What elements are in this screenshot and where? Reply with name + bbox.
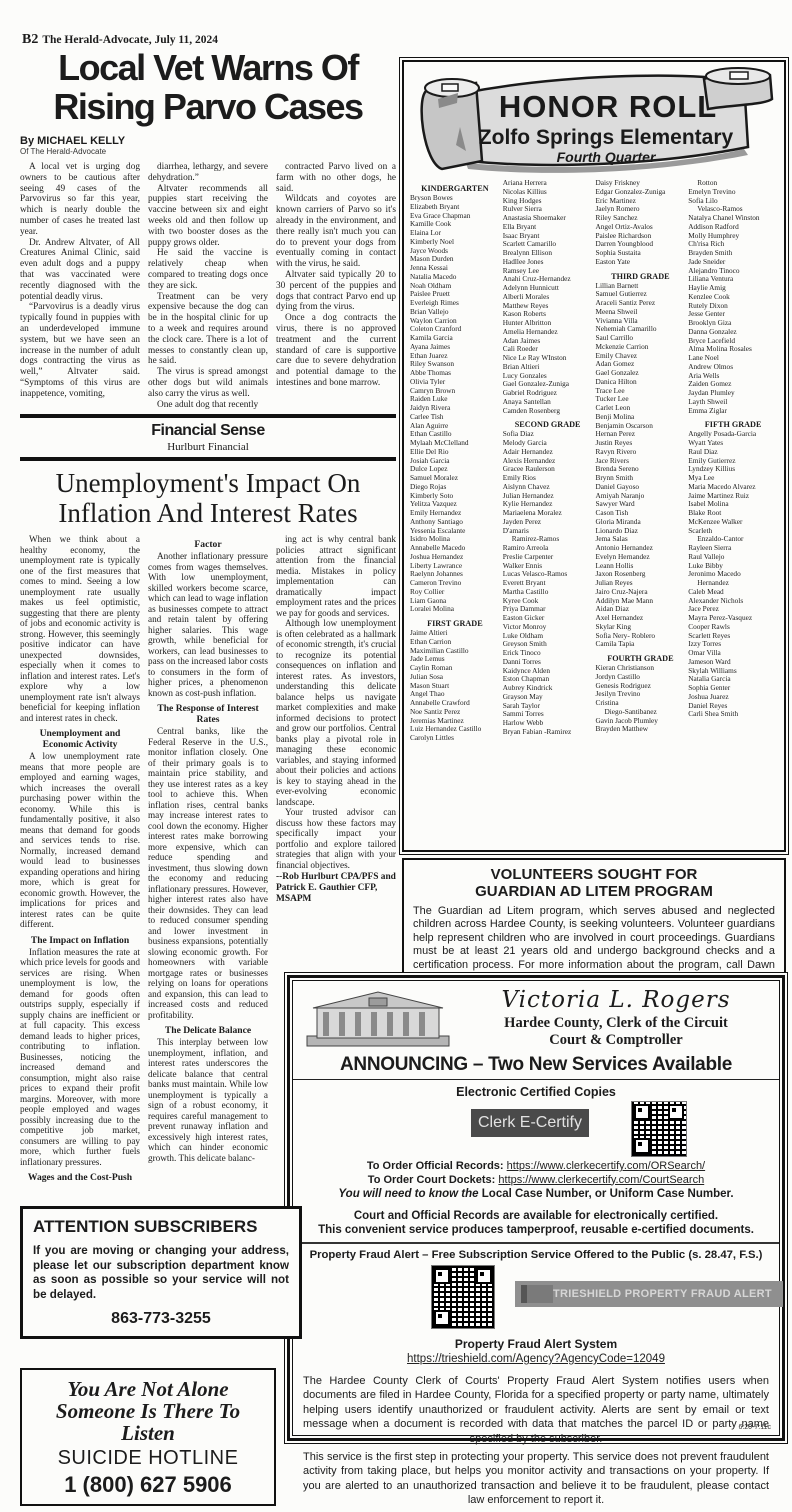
subscribers-phone: 863-773-3255 (33, 1310, 289, 1328)
honor-roll-name: Easton Yate (596, 258, 686, 267)
article-paragraph: This interplay between low unemployment,… (148, 1037, 268, 1163)
clerk-name: Victoria L. Rogers (463, 987, 769, 1013)
masthead: B2 The Herald-Advocate, July 11, 2024 (22, 30, 218, 48)
qr-code-icon (431, 1265, 495, 1329)
qr-finder-icon (434, 1268, 450, 1284)
article-paragraph: A low unemployment rate means that more … (20, 751, 140, 930)
divider-rule (293, 1079, 779, 1080)
byline-org: Of The Herald-Advocate (20, 147, 396, 156)
hotline-line-3: Listen (22, 1422, 274, 1444)
article-headline: Unemployment's Impact On Inflation And I… (20, 468, 396, 528)
clerk-ad-title-block: Victoria L. Rogers Hardee County, Clerk … (463, 987, 769, 1049)
trieshield-logo-icon (521, 1285, 553, 1303)
article-paragraph: One adult dog that recently (148, 400, 268, 411)
headline-line-1: Local Vet Warns Of (20, 48, 396, 87)
section-heading: Unemployment and Economic Activity (20, 728, 140, 750)
clerk-ad-header: Victoria L. Rogers Hardee County, Clerk … (303, 986, 769, 1050)
honor-roll-column-2: Ariana HerreraNicolas KilliusKing Hodges… (503, 179, 593, 743)
honor-roll-column-4: RottonEmelyn TrevinoSofia LiloVelasco-Ra… (688, 179, 778, 743)
fraud-paragraph-1: The Hardee County Clerk of Courts' Prope… (303, 1374, 769, 1446)
article-paragraph: Altvater said typically 20 to 30 percent… (276, 270, 396, 313)
fraud-alert-heading: Property Fraud Alert – Free Subscription… (303, 1249, 769, 1261)
volunteers-title: VOLUNTEERS SOUGHT FOR GUARDIAN AD LITEM … (413, 866, 775, 900)
subscribers-title: ATTENTION SUBSCRIBERS (33, 1217, 289, 1237)
order-records-line: To Order Official Records: https://www.c… (303, 1160, 769, 1174)
byline-author: By MICHAEL KELLY (20, 135, 396, 147)
fraud-paragraph-2: This service is the first step in protec… (303, 1450, 769, 1508)
hotline-notice: You Are Not Alone Someone Is There To Li… (20, 1368, 276, 1506)
dockets-url-link[interactable]: https://www.clerkecertify.com/CourtSearc… (498, 1174, 704, 1186)
case-number-note-bold: Local Case Number, or Uniform Case Numbe… (482, 1188, 734, 1200)
order-dockets-label: To Order Court Dockets: (368, 1174, 496, 1186)
article-paragraph: The virus is spread amongst other dogs b… (148, 367, 268, 399)
byline: By MICHAEL KELLY Of The Herald-Advocate (20, 135, 396, 156)
grade-heading: THIRD GRADE (596, 272, 686, 281)
honor-roll-column-3: Daisy FriskneyEdgar Gonzalez-ZunigaEric … (596, 179, 686, 743)
qr-finder-icon (434, 1310, 450, 1326)
article-paragraph: Dr. Andrew Altvater, of All Creatures An… (20, 238, 140, 303)
article-column-1: When we think about a healthy economy, t… (20, 534, 140, 1184)
section-heading: Wages and the Cost-Push (20, 1172, 140, 1183)
qr-finder-icon (476, 1268, 492, 1284)
edition-line: The Herald-Advocate, July 11, 2024 (42, 34, 218, 46)
electronic-copies-heading: Electronic Certified Copies (303, 1085, 769, 1099)
article-headline: Local Vet Warns Of Rising Parvo Cases (20, 48, 396, 126)
hotline-label: SUICIDE HOTLINE (22, 1447, 274, 1470)
headline-line-2: Inflation And Interest Rates (20, 498, 396, 528)
trieshield-banner: TRIESHIELD PROPERTY FRAUD ALERT (515, 1281, 783, 1307)
order-dockets-line: To Order Court Dockets: https://www.cler… (303, 1174, 769, 1188)
honor-roll-name: Emma Ziglar (688, 407, 778, 416)
order-links: To Order Official Records: https://www.c… (303, 1160, 769, 1187)
clerk-ecertify-button[interactable]: Clerk E-Certify (471, 1109, 589, 1137)
volunteers-title-line-1: VOLUNTEERS SOUGHT FOR (413, 866, 775, 883)
article-column-2: FactorAnother inflationary pressure come… (148, 534, 268, 1184)
hotline-line-2: Someone Is There To (22, 1400, 274, 1422)
article-column-3: contracted Parvo lived on a farm with no… (276, 162, 396, 410)
honor-roll-box: HONOR ROLL Zolfo Springs Elementary Four… (402, 60, 786, 852)
divider-rule (20, 457, 396, 461)
newspaper-page: B2 The Herald-Advocate, July 11, 2024 Lo… (0, 0, 792, 1512)
article-paragraph: Your trusted advisor can discuss how the… (276, 807, 396, 870)
ecertify-row: Clerk E-Certify (303, 1099, 769, 1157)
clerk-ad-content: Victoria L. Rogers Hardee County, Clerk … (292, 980, 780, 1436)
article-paragraph: Wildcats and coyotes are known carriers … (276, 194, 396, 270)
honor-roll-name: Camila Tapia (596, 640, 686, 649)
honor-roll-name: Carli Shea Smith (688, 710, 778, 719)
availability-line-1: Court and Official Records are available… (303, 1209, 769, 1223)
trieshield-banner-text: TRIESHIELD PROPERTY FRAUD ALERT (553, 1288, 772, 1300)
article-paragraph: He said the vaccine is relatively cheap … (148, 248, 268, 291)
article-paragraph: Once a dog contracts the virus, there is… (276, 313, 396, 389)
article-columns: A local vet is urging dog owners to be c… (20, 162, 396, 410)
announcing-heading: ANNOUNCING – Two New Services Available (303, 1054, 769, 1076)
honor-roll-subtitle: Zolfo Springs Elementary (479, 126, 734, 149)
order-records-label: To Order Official Records: (367, 1160, 504, 1172)
article-paragraph: Inflation measures the rate at which pri… (20, 947, 140, 1168)
qr-code-icon (631, 1101, 687, 1157)
column-kicker-sub: Hurlburt Financial (20, 441, 396, 453)
subscribers-body: If you are moving or changing your addre… (33, 1244, 289, 1302)
ad-run-code: 6:20-7:11c (738, 1424, 771, 1431)
clerk-advertisement: Victoria L. Rogers Hardee County, Clerk … (284, 972, 788, 1444)
case-number-note: You will need to know the Local Case Num… (303, 1188, 769, 1200)
section-heading: The Response of Interest Rates (148, 703, 268, 725)
fraud-system-title: Property Fraud Alert System (303, 1337, 769, 1351)
fraud-system-url-link[interactable]: https://trieshield.com/Agency?AgencyCode… (303, 1353, 769, 1365)
honor-roll-name: Loralei Molina (410, 605, 500, 614)
records-url-link[interactable]: https://www.clerkecertify.com/ORSearch/ (507, 1160, 705, 1172)
clerk-office-title: Hardee County, Clerk of the Circuit Cour… (463, 1015, 769, 1049)
availability-line-2: This convenient service produces tamperp… (303, 1223, 769, 1237)
honor-roll-name: Brayden Matthew (596, 725, 686, 734)
honor-roll-column-1: KINDERGARTENBryson BowesElizabeth Bryant… (410, 179, 500, 743)
divider-rule (20, 414, 396, 418)
article-column-1: A local vet is urging dog owners to be c… (20, 162, 140, 410)
honor-roll-name: Carolyn Littles (410, 734, 500, 743)
article-paragraph: contracted Parvo lived on a farm with no… (276, 162, 396, 194)
qr-finder-icon (668, 1104, 684, 1120)
honor-roll-quarter: Fourth Quarter (557, 149, 657, 165)
hotline-line-1: You Are Not Alone (22, 1378, 274, 1400)
article-column-2: diarrhea, lethargy, and severe dehydrati… (148, 162, 268, 410)
volunteers-title-line-2: GUARDIAN AD LITEM PROGRAM (413, 883, 775, 900)
article-paragraph: Another inflationary pressure comes from… (148, 551, 268, 698)
article-paragraph: Treatment can be very expensive because … (148, 292, 268, 368)
article-signature: --Rob Hurlburt CPA/PFS and Patrick E. Ga… (276, 872, 396, 904)
grade-heading: FIRST GRADE (410, 619, 500, 628)
article-paragraph: A local vet is urging dog owners to be c… (20, 162, 140, 238)
section-heading: The Delicate Balance (148, 1025, 268, 1036)
fraud-alert-row: TRIESHIELD PROPERTY FRAUD ALERT (303, 1261, 769, 1335)
article-paragraph: Central banks, like the Federal Reserve … (148, 726, 268, 1020)
honor-roll-name: Bryan Fabian -Ramirez (503, 728, 593, 737)
courthouse-icon (303, 986, 453, 1050)
article-paragraph: Although low unemployment is often celeb… (276, 618, 396, 807)
grade-heading: SECOND GRADE (503, 420, 593, 429)
qr-finder-icon (634, 1104, 650, 1120)
hotline-phone: 1 (800) 627 5906 (22, 1472, 274, 1498)
parvo-article: Local Vet Warns Of Rising Parvo Cases By… (20, 48, 396, 410)
qr-finder-icon (634, 1138, 650, 1154)
divider-rule (293, 1242, 779, 1244)
honor-roll-title: HONOR ROLL (499, 89, 717, 124)
grade-heading: FIFTH GRADE (688, 420, 778, 429)
article-paragraph: When we think about a healthy economy, t… (20, 534, 140, 723)
grade-heading: KINDERGARTEN (410, 184, 500, 193)
honor-roll-columns: KINDERGARTENBryson BowesElizabeth Bryant… (407, 173, 781, 743)
clerk-office-line-2: Court & Comptroller (463, 1032, 769, 1049)
clerk-office-line-1: Hardee County, Clerk of the Circuit (463, 1015, 769, 1032)
availability-note: Court and Official Records are available… (303, 1209, 769, 1237)
honor-roll-name: Camden Rosenberg (503, 407, 593, 416)
article-paragraph: “Parvovirus is a deadly virus typically … (20, 302, 140, 399)
page-number: B2 (22, 32, 38, 47)
article-paragraph: diarrhea, lethargy, and severe dehydrati… (148, 162, 268, 184)
case-number-note-italic: You will need to know the (338, 1188, 478, 1200)
headline-line-2: Rising Parvo Cases (20, 87, 396, 126)
clerk-ad-border: Victoria L. Rogers Hardee County, Clerk … (287, 975, 785, 1441)
scroll-banner-icon: HONOR ROLL Zolfo Springs Elementary Four… (408, 67, 780, 173)
subscribers-notice: ATTENTION SUBSCRIBERS If you are moving … (20, 1206, 302, 1339)
section-heading: Factor (148, 539, 268, 550)
grade-heading: FOURTH GRADE (596, 654, 686, 663)
article-paragraph: Altvater recommends all puppies start re… (148, 184, 268, 249)
headline-line-1: Unemployment's Impact On (20, 468, 396, 498)
section-heading: The Impact on Inflation (20, 935, 140, 946)
column-kicker: Financial Sense (20, 422, 396, 440)
article-paragraph: ing act is why central bank policies att… (276, 534, 396, 618)
